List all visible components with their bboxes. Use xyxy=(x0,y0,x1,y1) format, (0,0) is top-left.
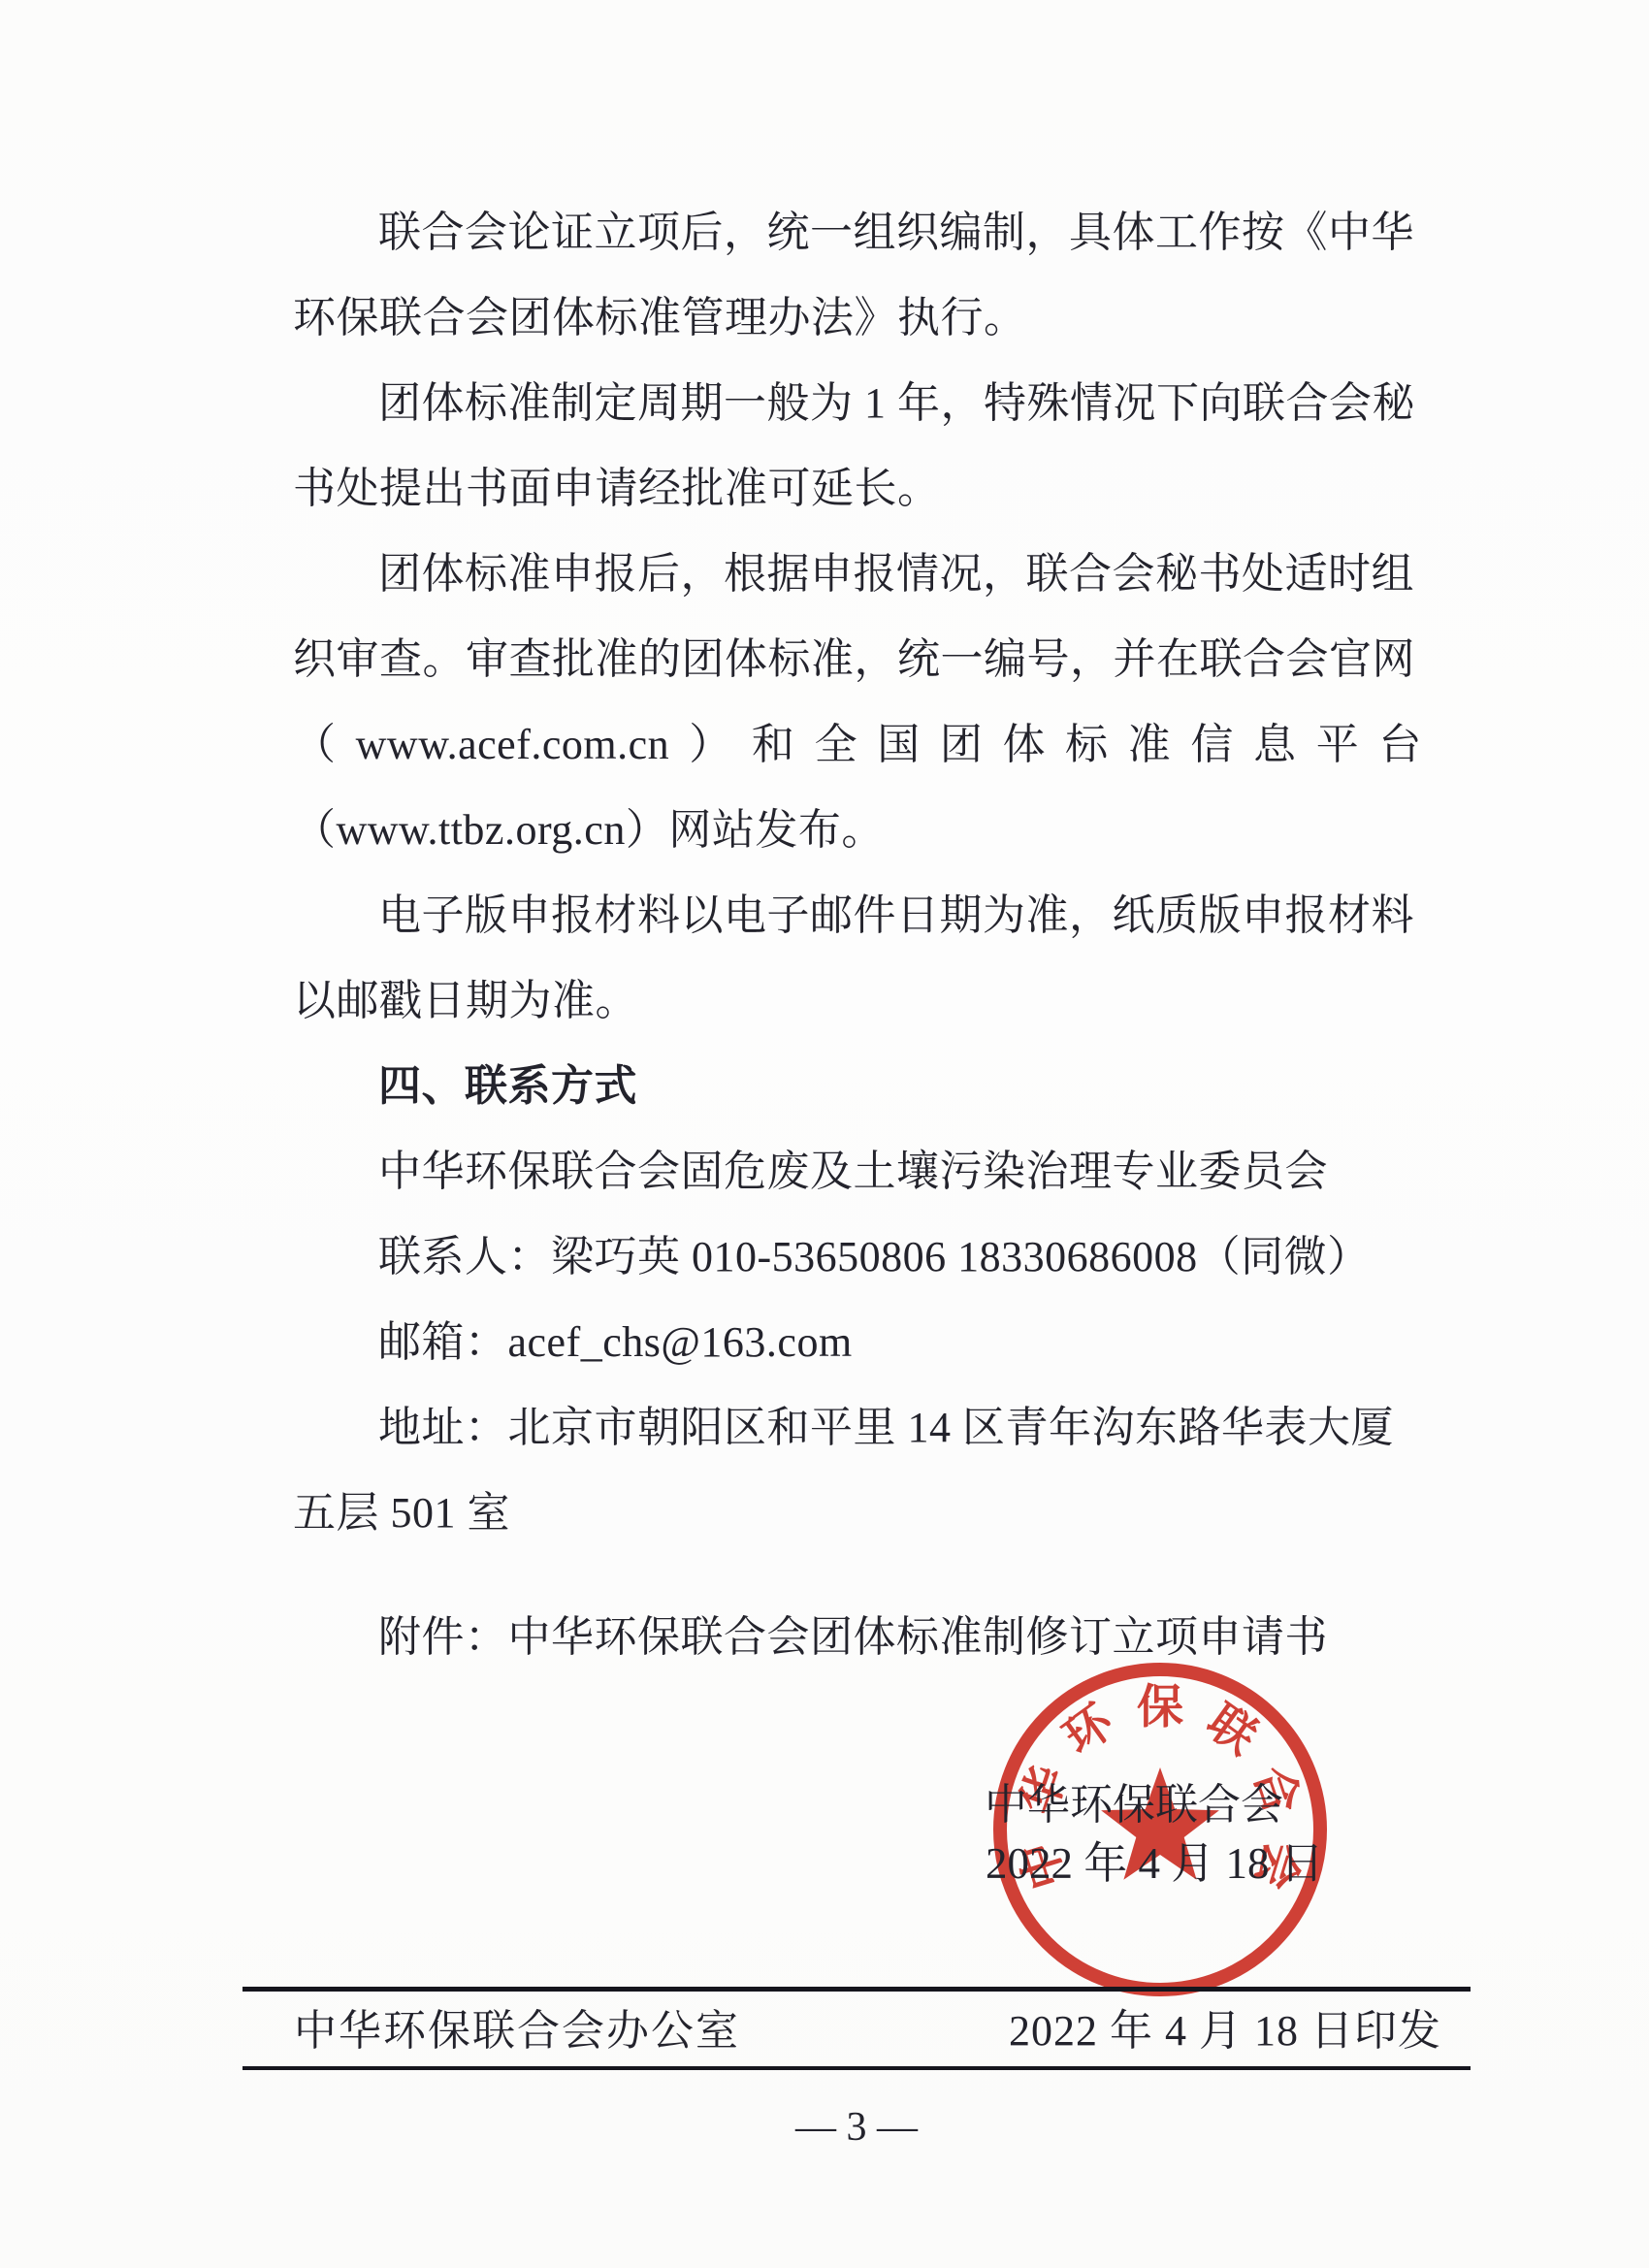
justified-token: 全 xyxy=(815,702,858,788)
justified-token: 平 xyxy=(1316,702,1360,788)
footer-issue-date: 2022 年 4 月 18 日印发 xyxy=(1009,1996,1441,2066)
signature-date: 2022 年 4 月 18 日 xyxy=(986,1836,1324,1891)
body-line: 书处提出书面申请经批准可延长。 xyxy=(293,446,1422,532)
justified-token: www.acef.com.cn xyxy=(356,702,670,788)
body-line: （www.ttbz.org.cn）网站发布。 xyxy=(293,788,1422,873)
body-line: 邮箱：acef_chs@163.com xyxy=(293,1300,1422,1385)
body-line: 联系人：梁巧英 010-53650806 18330686008（同微） xyxy=(293,1215,1422,1300)
section-heading: 四、联系方式 xyxy=(293,1044,1422,1129)
justified-token: 台 xyxy=(1378,702,1422,788)
footer-rule-bottom xyxy=(242,2066,1471,2070)
footer-rule-top xyxy=(242,1987,1471,1992)
body-line: （www.acef.com.cn）和全国团体标准信息平台 xyxy=(293,702,1422,788)
justified-token: 和 xyxy=(752,702,795,788)
body-line: 以邮戳日期为准。 xyxy=(293,958,1422,1044)
scanned-document-page: { "body": { "lines": [ {"text": "联合会论证立项… xyxy=(0,0,1649,2268)
body-line: 中华环保联合会固危废及土壤污染治理专业委员会 xyxy=(293,1129,1422,1215)
body-line: 五层 501 室 xyxy=(293,1471,1422,1556)
justified-token: 息 xyxy=(1253,702,1297,788)
justified-token: ） xyxy=(689,702,732,788)
justified-token: 准 xyxy=(1128,702,1172,788)
footer-issuing-office: 中华环保联合会办公室 xyxy=(294,1996,740,2066)
justified-token: 标 xyxy=(1065,702,1109,788)
body-line: 团体标准制定周期一般为 1 年，特殊情况下向联合会秘 xyxy=(293,361,1422,446)
justified-token: 体 xyxy=(1002,702,1046,788)
page-number: — 3 — xyxy=(242,2095,1471,2159)
body-line: 地址：北京市朝阳区和平里 14 区青年沟东路华表大厦 xyxy=(293,1385,1422,1471)
body-line: 环保联合会团体标准管理办法》执行。 xyxy=(293,275,1422,361)
signature-organization: 中华环保联合会 xyxy=(985,1776,1283,1834)
justified-token: 团 xyxy=(940,702,984,788)
justified-token: 国 xyxy=(877,702,921,788)
body-line: 联合会论证立项后，统一组织编制，具体工作按《中华 xyxy=(293,190,1422,275)
body-line: 织审查。审查批准的团体标准，统一编号，并在联合会官网 xyxy=(293,617,1422,702)
seal-arc-char: 保 xyxy=(1137,1682,1183,1733)
body-line: 团体标准申报后，根据申报情况，联合会秘书处适时组 xyxy=(293,532,1422,617)
justified-token: （ xyxy=(293,702,337,788)
document-body: 联合会论证立项后，统一组织编制，具体工作按《中华环保联合会团体标准管理办法》执行… xyxy=(293,190,1422,1680)
justified-token: 信 xyxy=(1190,702,1234,788)
body-line: 电子版申报材料以电子邮件日期为准，纸质版申报材料 xyxy=(293,873,1422,958)
